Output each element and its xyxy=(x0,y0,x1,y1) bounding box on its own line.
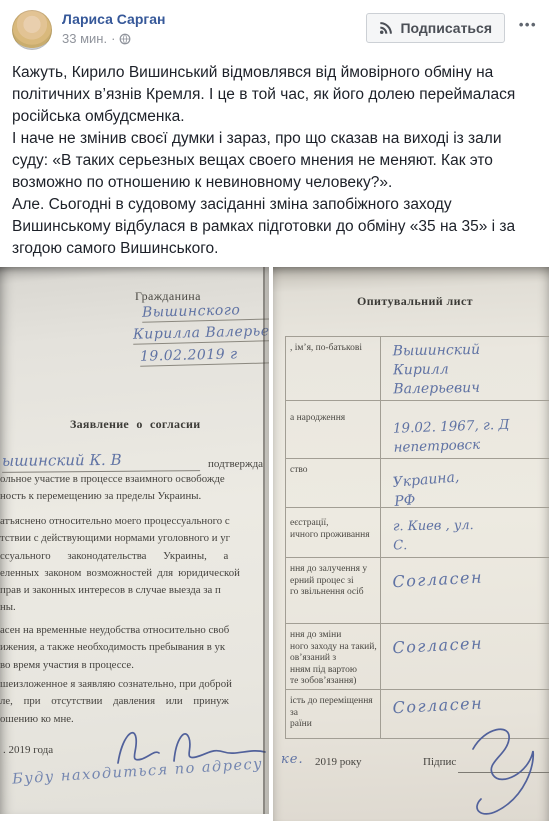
avatar[interactable] xyxy=(12,10,52,50)
post-text: Кажуть, Кирило Вишинський відмовлявся ві… xyxy=(0,56,549,260)
field-label: , ім’я, по-батькові xyxy=(286,337,381,400)
document-title-left: Заявление о согласии xyxy=(70,417,200,432)
field-value: Согласен xyxy=(379,553,549,628)
field-value: Украина, РФ xyxy=(379,451,549,515)
field-label: ство xyxy=(286,459,381,507)
signature-label: Підпис xyxy=(423,756,456,768)
questionnaire-table: , ім’я, по-батькові Вышинский Кирилл Вал… xyxy=(285,336,549,739)
field-label: еєстрації, ичного проживання xyxy=(286,508,381,557)
document-title-right: Опитувальний лист xyxy=(357,294,473,309)
signature-drawing xyxy=(465,719,549,821)
field-label: ння до залучення у ерний процес зі го зв… xyxy=(286,558,381,623)
handwritten-date: 19.02.2019 г xyxy=(140,345,269,367)
handwritten-date-fragment: ке. xyxy=(281,752,304,767)
author-name[interactable]: Лариса Сарган xyxy=(62,11,165,27)
attachment-photo-right[interactable]: Опитувальний лист , ім’я, по-батькові Вы… xyxy=(273,267,549,821)
field-value: г. Киев , ул. С. xyxy=(381,506,549,558)
globe-icon xyxy=(119,33,131,45)
rss-icon xyxy=(379,21,393,35)
field-value: Вышинский Кирилл Валерьевич xyxy=(380,335,549,401)
document-paragraph: ольное участие в процессе взаимного осво… xyxy=(0,471,269,506)
handwritten-name-patronymic: Кирилла Валерье xyxy=(133,323,269,345)
field-label: ння до зміни ного заходу на такий, ов’яз… xyxy=(286,624,381,689)
handwritten-declarant: ышинский К. В xyxy=(2,450,200,473)
post-paragraph: Кажуть, Кирило Вишинський відмовлявся ві… xyxy=(12,62,537,128)
post-meta: 33 мин. · xyxy=(62,31,131,46)
field-value: 19.02. 1967, г. Д непетровск xyxy=(380,398,549,461)
more-options-button[interactable]: ••• xyxy=(519,17,537,32)
field-value: Согласен xyxy=(379,619,549,694)
subscribe-button[interactable]: Подписаться xyxy=(366,13,505,43)
table-row: еєстрації, ичного проживання г. Киев , у… xyxy=(286,508,549,558)
page-edge-shade xyxy=(265,267,269,814)
attachment-photo-left[interactable]: Гражданина Вышинского Кирилла Валерье 19… xyxy=(0,267,269,814)
field-label: ість до переміщення за раїни xyxy=(286,690,381,738)
document-date-line: 2019 року xyxy=(315,756,361,768)
document-date-line: . 2019 года xyxy=(3,744,53,756)
post-paragraph: І наче не змінив своєї думки і зараз, пр… xyxy=(12,128,537,194)
document-text-fragment: подтвержда xyxy=(208,458,263,470)
post-header: Лариса Сарган 33 мин. · Подписаться ••• xyxy=(0,0,549,56)
table-row: а народження 19.02. 1967, г. Д непетровс… xyxy=(286,401,549,459)
post-attachments: Гражданина Вышинского Кирилла Валерье 19… xyxy=(0,267,549,821)
table-row: ння до зміни ного заходу на такий, ов’яз… xyxy=(286,624,549,690)
document-label-grazhdanina: Гражданина xyxy=(135,289,201,304)
document-paragraph: асен на временные неудобства относительн… xyxy=(0,622,269,674)
post-paragraph: Але. Сьогодні в судовому засіданні зміна… xyxy=(12,194,537,260)
table-row: , ім’я, по-батькові Вышинский Кирилл Вал… xyxy=(286,337,549,401)
table-row: ство Украина, РФ xyxy=(286,459,549,508)
subscribe-label: Подписаться xyxy=(400,20,492,36)
document-paragraph: атъяснено относительно моего процессуаль… xyxy=(0,513,269,617)
field-label: а народження xyxy=(286,401,381,458)
timestamp[interactable]: 33 мин. xyxy=(62,31,107,46)
meta-separator: · xyxy=(111,31,115,46)
table-row: ння до залучення у ерний процес зі го зв… xyxy=(286,558,549,624)
handwritten-surname: Вышинского xyxy=(142,301,269,323)
